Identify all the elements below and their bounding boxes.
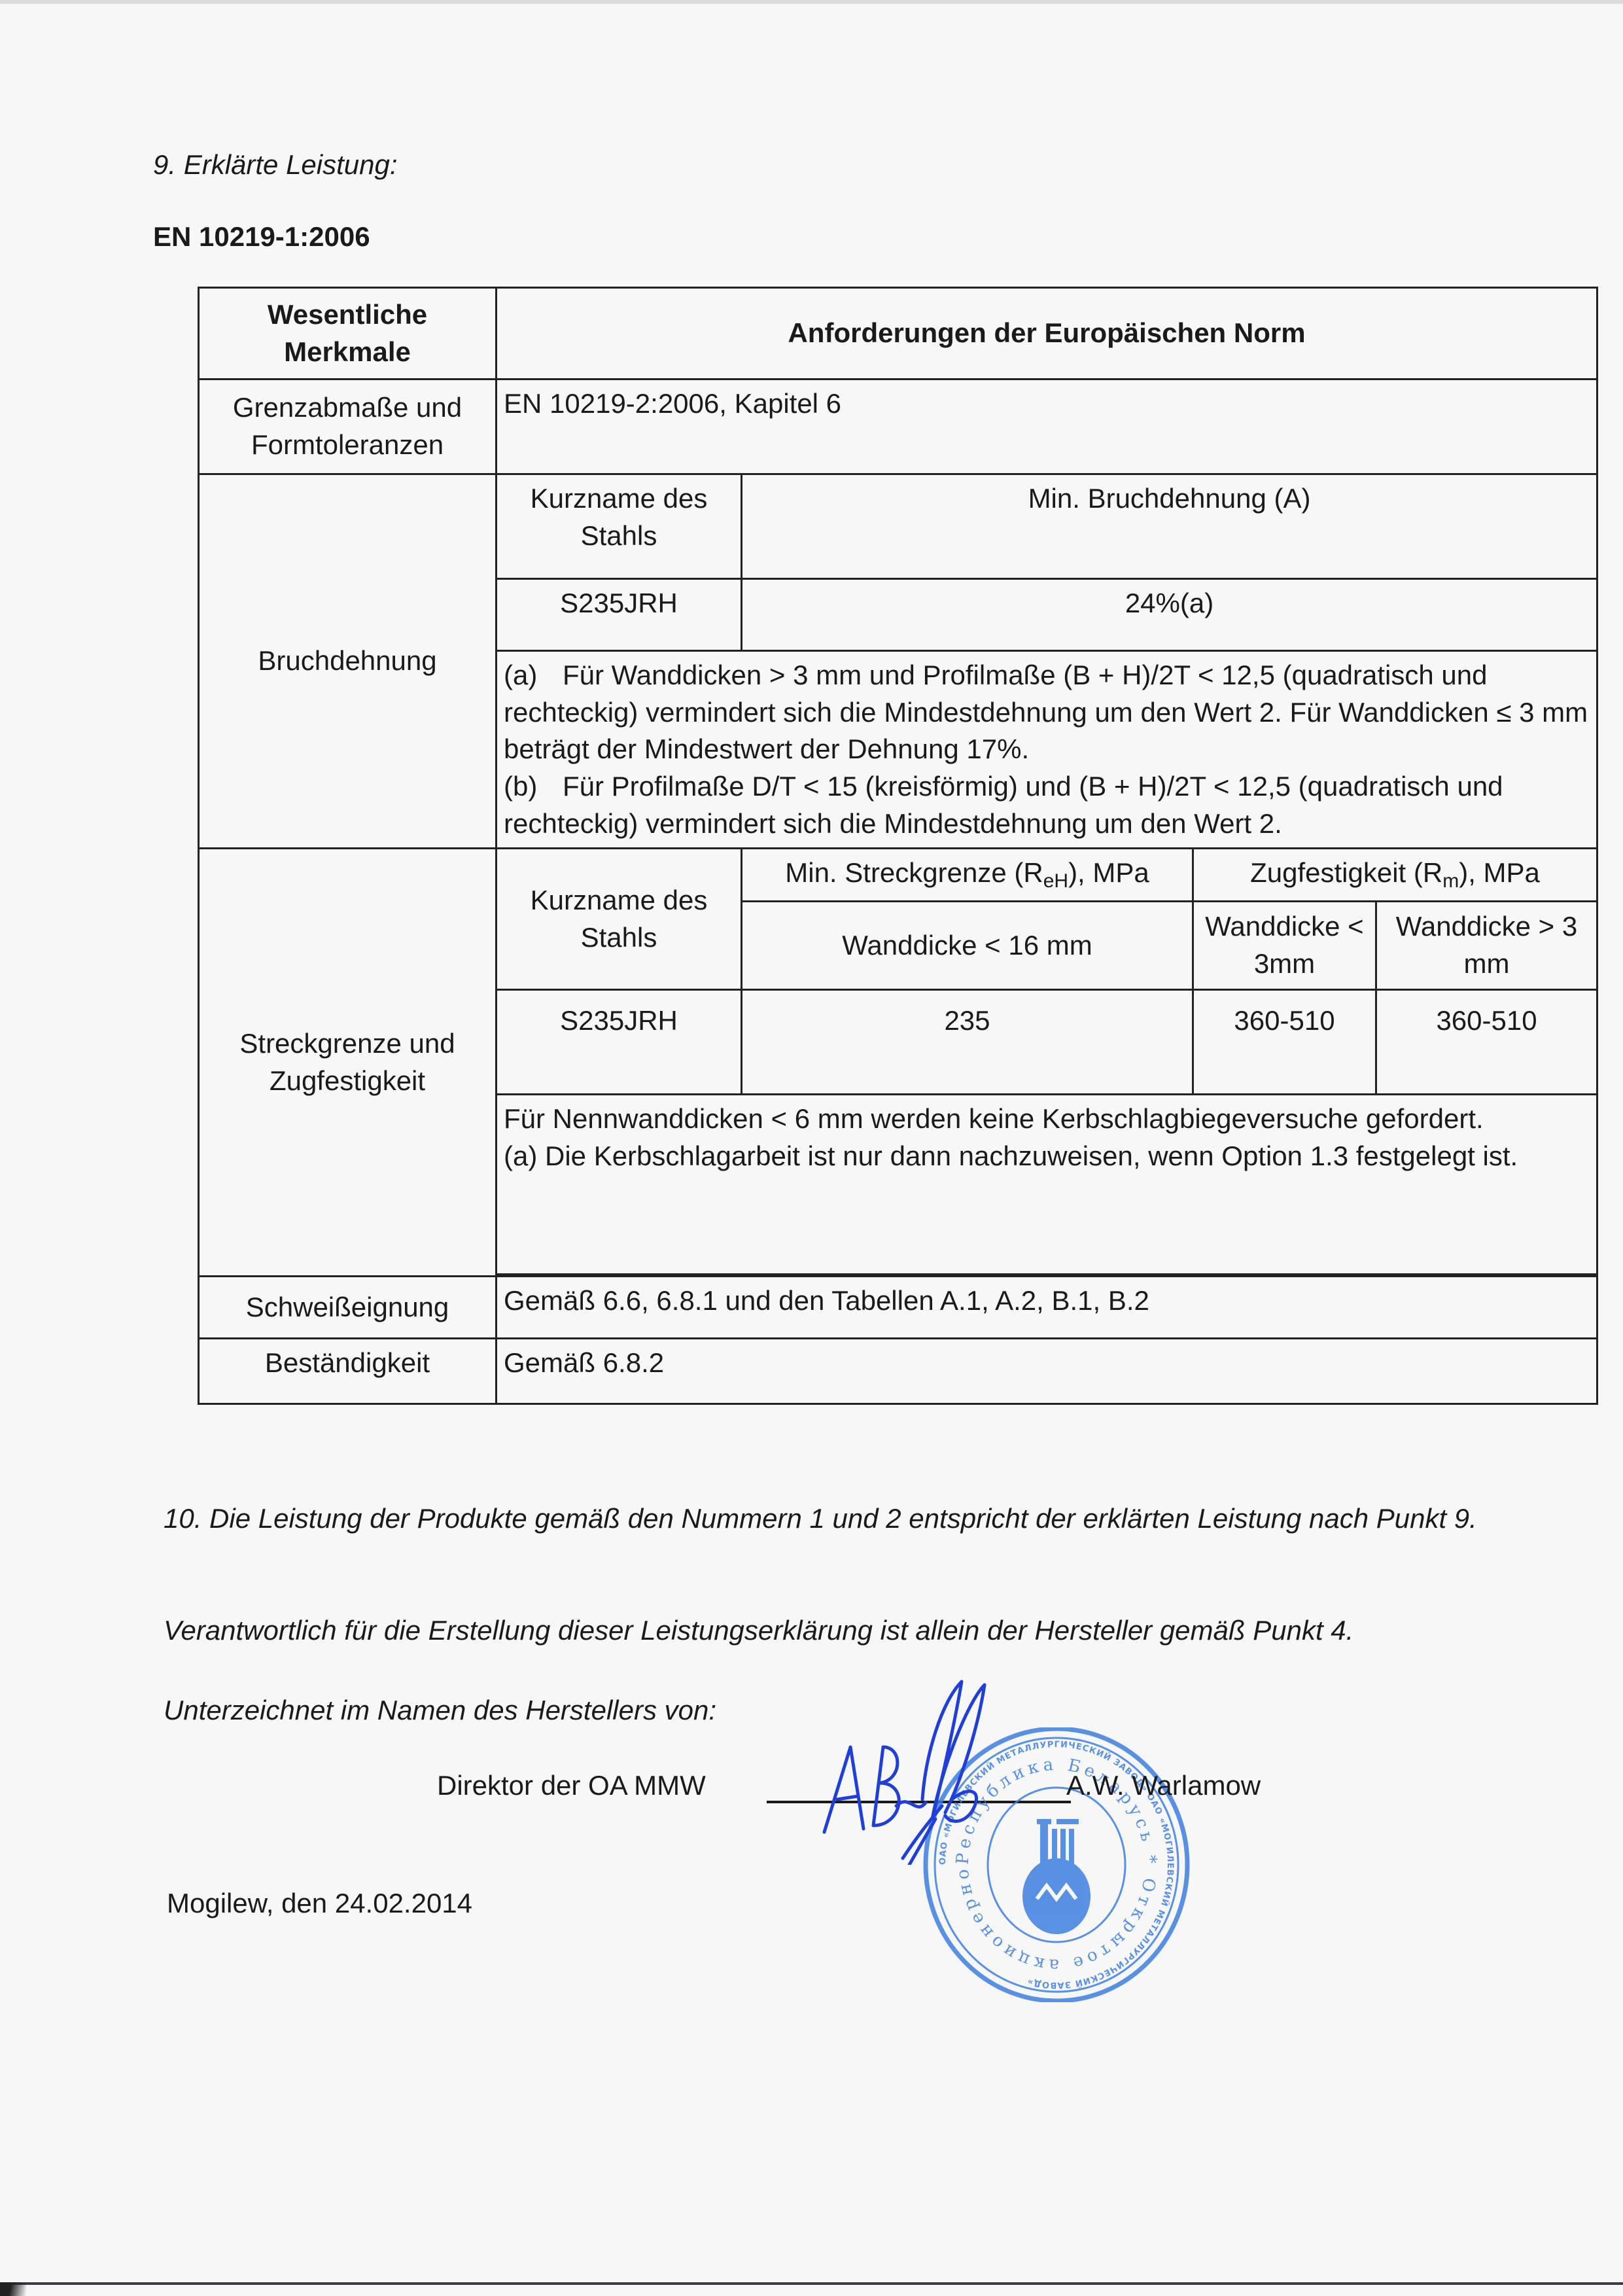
bruch-steel: S235JRH xyxy=(497,579,742,651)
table-row: Streckgrenze und Zugfestigkeit Kurzname … xyxy=(199,849,1597,902)
table-row: Beständigkeit Gemäß 6.8.2 xyxy=(199,1338,1597,1404)
table-row: Schweißeignung Gemäß 6.6, 6.8.1 und den … xyxy=(199,1276,1597,1338)
bruch-value: 24%(a) xyxy=(742,579,1597,651)
section-heading: 9. Erklärte Leistung: xyxy=(153,149,398,181)
scan-corner-shadow xyxy=(0,2282,26,2296)
bruch-header-value: Min. Bruchdehnung (A) xyxy=(742,474,1597,579)
responsibility-statement: Verantwortlich für die Erstellung dieser… xyxy=(164,1615,1353,1646)
label-bestaendigkeit: Beständigkeit xyxy=(199,1338,497,1404)
label-streckgrenze: Streckgrenze und Zugfestigkeit xyxy=(199,849,497,1277)
reh-value: 235 xyxy=(742,989,1193,1094)
norm-title: EN 10219-1:2006 xyxy=(153,221,370,253)
signer-name: A.W. Warlamow xyxy=(1066,1770,1261,1801)
rm-thickness-2: Wanddicke > 3 mm xyxy=(1376,901,1597,989)
table-row: Grenzabmaße und Formtoleranzen EN 10219-… xyxy=(199,380,1597,474)
streck-note-1: Für Nennwanddicken < 6 mm werden keine K… xyxy=(504,1101,1590,1138)
header-anforderungen: Anforderungen der Europäischen Norm xyxy=(497,288,1597,380)
label-schweisseignung: Schweißeignung xyxy=(199,1276,497,1338)
scan-bottom-edge xyxy=(0,2282,1623,2296)
header-merkmale: Wesentliche Merkmale xyxy=(199,288,497,380)
place-and-date: Mogilew, den 24.02.2014 xyxy=(167,1888,472,1919)
note-a: (a)Für Wanddicken > 3 mm und Profilmaße … xyxy=(504,657,1590,768)
value-grenzabmasse: EN 10219-2:2006, Kapitel 6 xyxy=(497,380,1597,474)
streck-header-steel: Kurzname des Stahls xyxy=(497,849,742,990)
streck-notes: Für Nennwanddicken < 6 mm werden keine K… xyxy=(497,1094,1597,1274)
bruch-header-steel: Kurzname des Stahls xyxy=(497,474,742,579)
rm-value-1: 360-510 xyxy=(1193,989,1376,1094)
label-bruchdehnung: Bruchdehnung xyxy=(199,474,497,849)
reh-thickness: Wanddicke < 16 mm xyxy=(742,901,1193,989)
performance-table: Wesentliche Merkmale Anforderungen der E… xyxy=(198,287,1598,1405)
rm-value-2: 360-510 xyxy=(1376,989,1597,1094)
label-grenzabmasse: Grenzabmaße und Formtoleranzen xyxy=(199,380,497,474)
scan-top-edge xyxy=(0,0,1623,4)
streck-header-rm: Zugfestigkeit (Rm), MPa xyxy=(1193,849,1597,902)
streck-header-reh: Min. Streckgrenze (ReH), MPa xyxy=(742,849,1193,902)
streck-note-2: (a) Die Kerbschlagarbeit ist nur dann na… xyxy=(504,1138,1590,1175)
bruch-notes: (a)Für Wanddicken > 3 mm und Profilmaße … xyxy=(497,651,1597,849)
note-b: (b)Für Profilmaße D/T < 15 (kreisförmig)… xyxy=(504,768,1590,842)
table-row: Bruchdehnung Kurzname des Stahls Min. Br… xyxy=(199,474,1597,579)
value-bestaendigkeit: Gemäß 6.8.2 xyxy=(497,1338,1597,1404)
signature-icon xyxy=(811,1675,1027,1865)
paragraph-10: 10. Die Leistung der Produkte gemäß den … xyxy=(164,1500,1603,1538)
value-schweisseignung: Gemäß 6.6, 6.8.1 und den Tabellen A.1, A… xyxy=(497,1276,1597,1338)
streck-steel: S235JRH xyxy=(497,989,742,1094)
table-header-row: Wesentliche Merkmale Anforderungen der E… xyxy=(199,288,1597,380)
signer-title: Direktor der OA MMW xyxy=(437,1770,706,1801)
rm-thickness-1: Wanddicke < 3mm xyxy=(1193,901,1376,989)
signed-on-behalf: Unterzeichnet im Namen des Herstellers v… xyxy=(164,1695,716,1726)
